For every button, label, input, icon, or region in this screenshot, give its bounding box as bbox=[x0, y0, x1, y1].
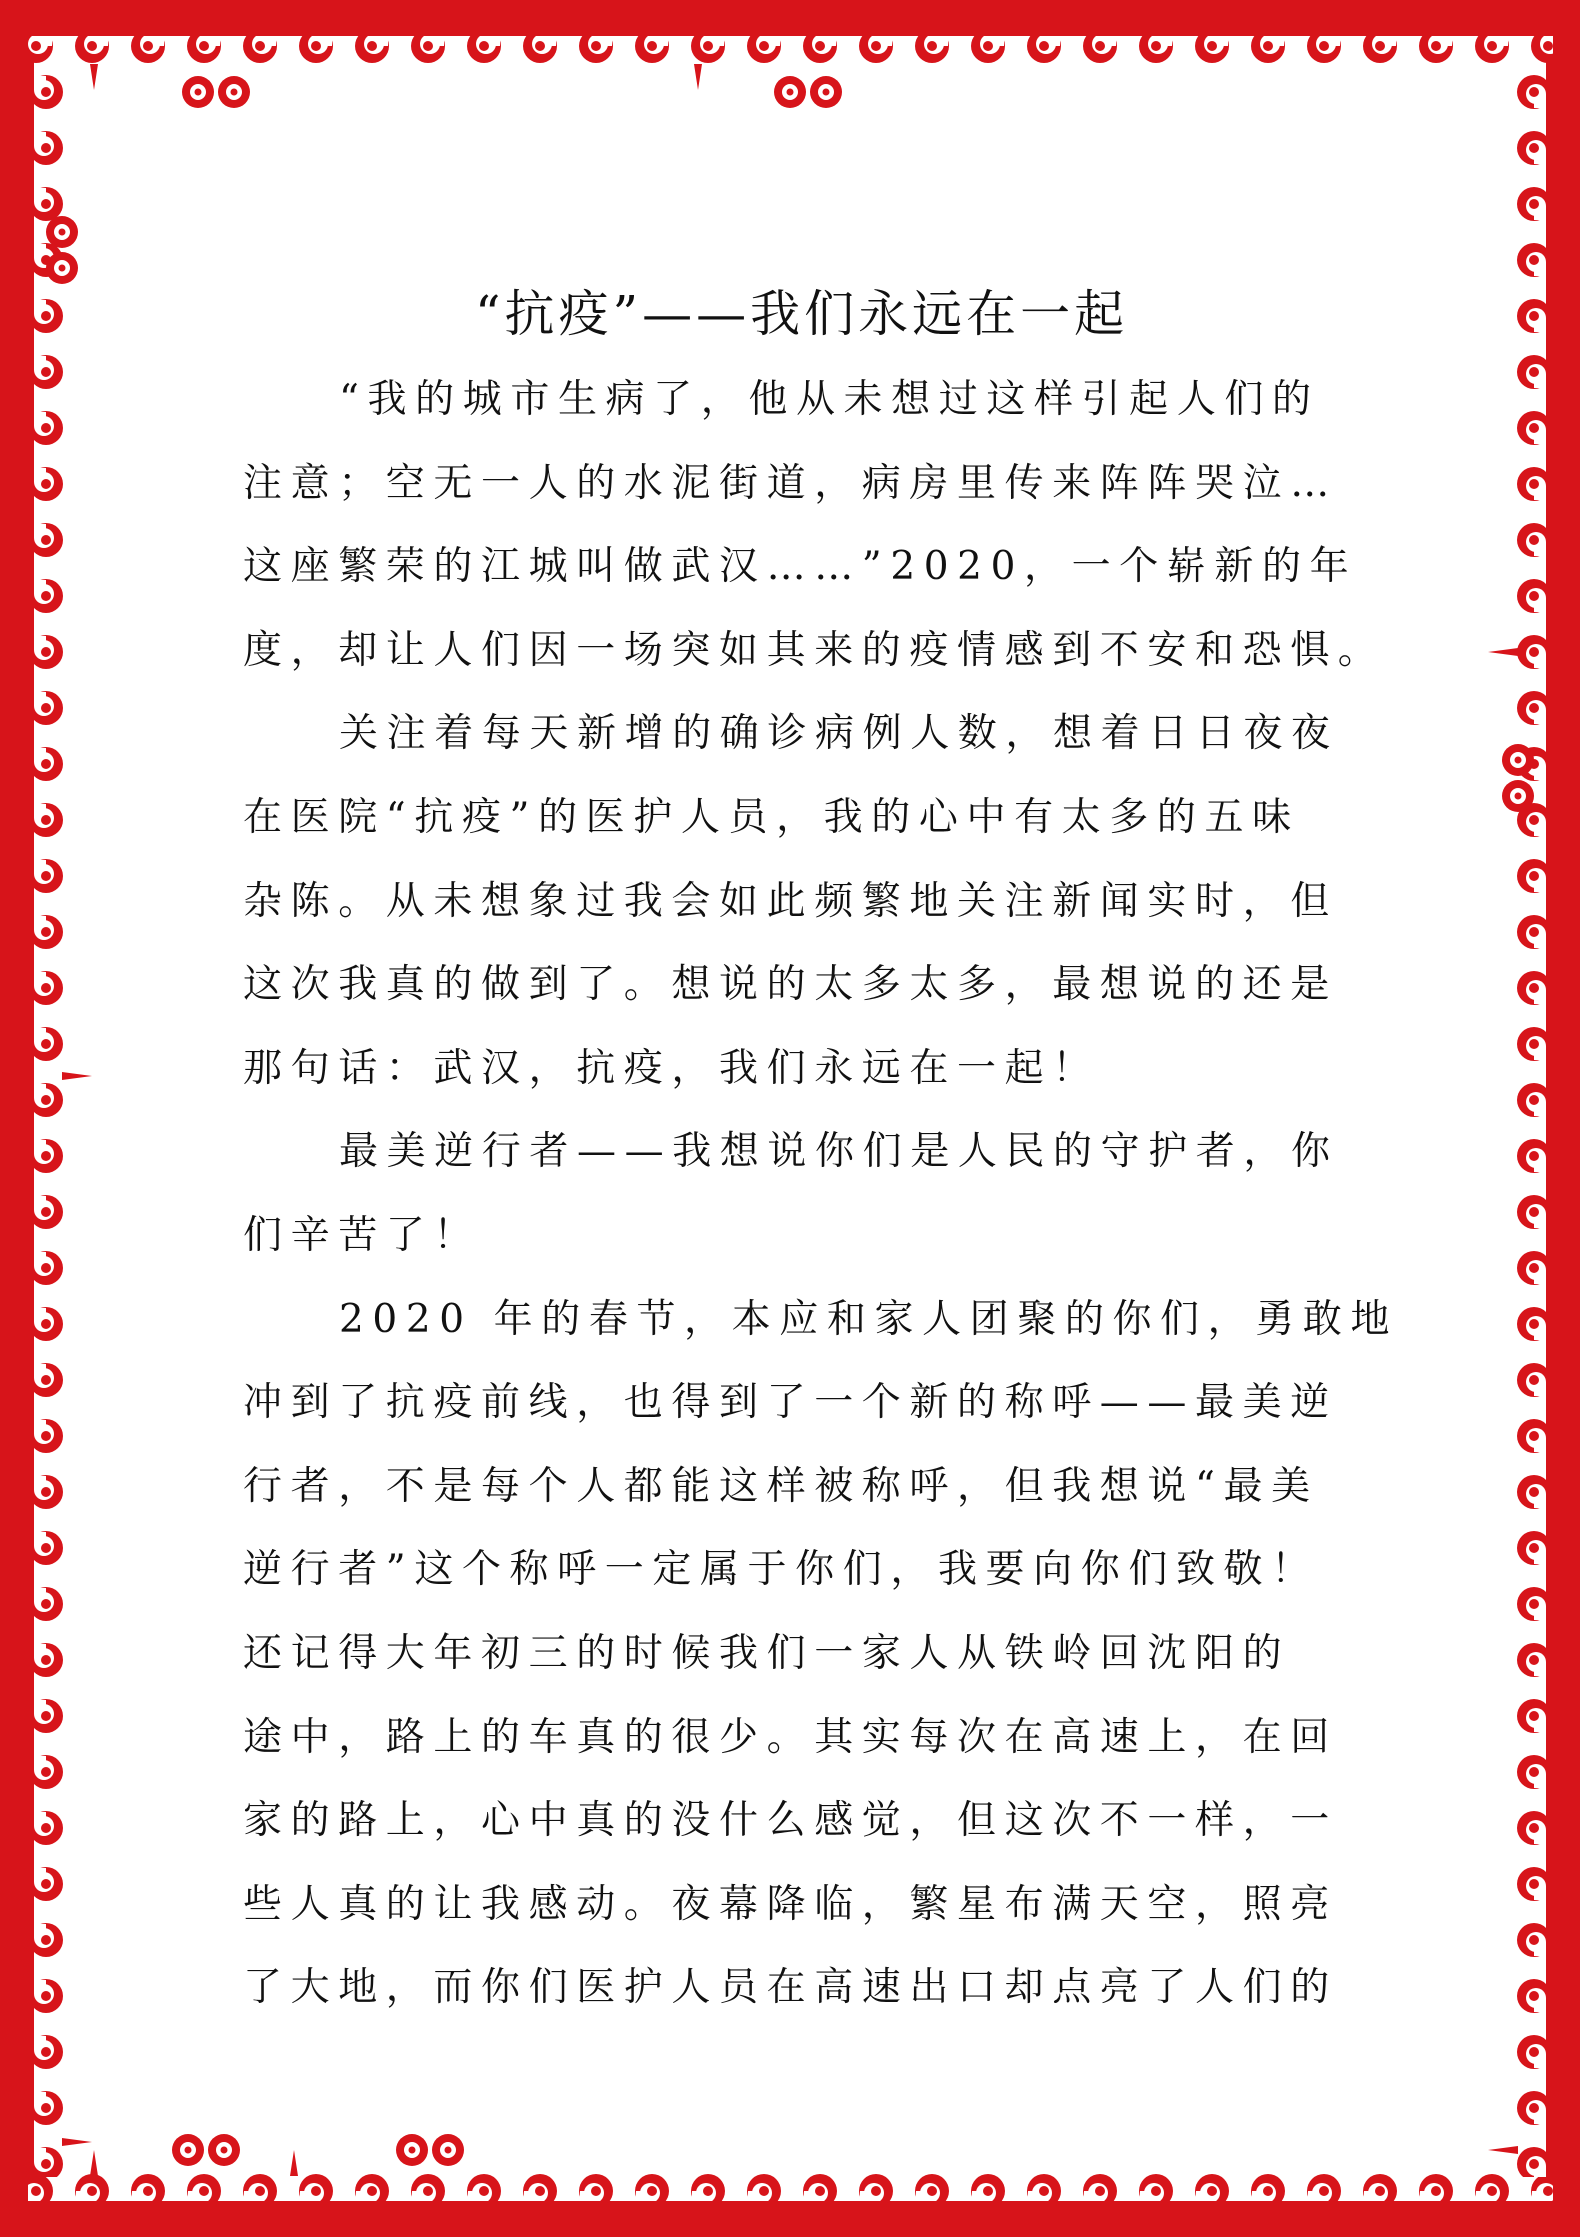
text-line: 在医院“抗疫”的医护人员，我的心中有太多的五味 bbox=[243, 786, 1398, 870]
text-line: 途中，路上的车真的很少。其实每次在高速上，在回 bbox=[243, 1706, 1398, 1790]
text-line: 逆行者”这个称呼一定属于你们，我要向你们致敬！ bbox=[243, 1538, 1398, 1622]
text-line: 度，却让人们因一场突如其来的疫情感到不安和恐惧。 bbox=[243, 619, 1398, 703]
text-line: 些人真的让我感动。夜幕降临，繁星布满天空，照亮 bbox=[243, 1873, 1398, 1957]
text-line: 这次我真的做到了。想说的太多太多，最想说的还是 bbox=[243, 953, 1398, 1037]
text-line: 们辛苦了！ bbox=[243, 1204, 1398, 1288]
text-line: 注意；空无一人的水泥街道，病房里传来阵阵哭泣… bbox=[243, 452, 1398, 536]
text-line: 关注着每天新增的确诊病例人数，想着日日夜夜 bbox=[243, 702, 1398, 786]
text-line: 还记得大年初三的时候我们一家人从铁岭回沈阳的 bbox=[243, 1622, 1398, 1706]
text-line: 家的路上，心中真的没什么感觉，但这次不一样，一 bbox=[243, 1789, 1398, 1873]
text-line: 最美逆行者——我想说你们是人民的守护者，你 bbox=[243, 1120, 1398, 1204]
text-line: 了大地，而你们医护人员在高速出口却点亮了人们的 bbox=[243, 1956, 1398, 2040]
text-line: “我的城市生病了，他从未想过这样引起人们的 bbox=[243, 368, 1398, 452]
text-line: 那句话：武汉，抗疫，我们永远在一起！ bbox=[243, 1037, 1398, 1121]
text-line: 行者，不是每个人都能这样被称呼，但我想说“最美 bbox=[243, 1455, 1398, 1539]
text-line: 2020 年的春节，本应和家人团聚的你们，勇敢地 bbox=[243, 1288, 1398, 1372]
essay-body: “我的城市生病了，他从未想过这样引起人们的 注意；空无一人的水泥街道，病房里传来… bbox=[243, 368, 1398, 2040]
text-line: 杂陈。从未想象过我会如此频繁地关注新闻实时，但 bbox=[243, 870, 1398, 954]
essay-title: “抗疫”——我们永远在一起 bbox=[475, 282, 1275, 346]
text-line: 冲到了抗疫前线，也得到了一个新的称呼——最美逆 bbox=[243, 1371, 1398, 1455]
text-line: 这座繁荣的江城叫做武汉……”2020，一个崭新的年 bbox=[243, 535, 1398, 619]
